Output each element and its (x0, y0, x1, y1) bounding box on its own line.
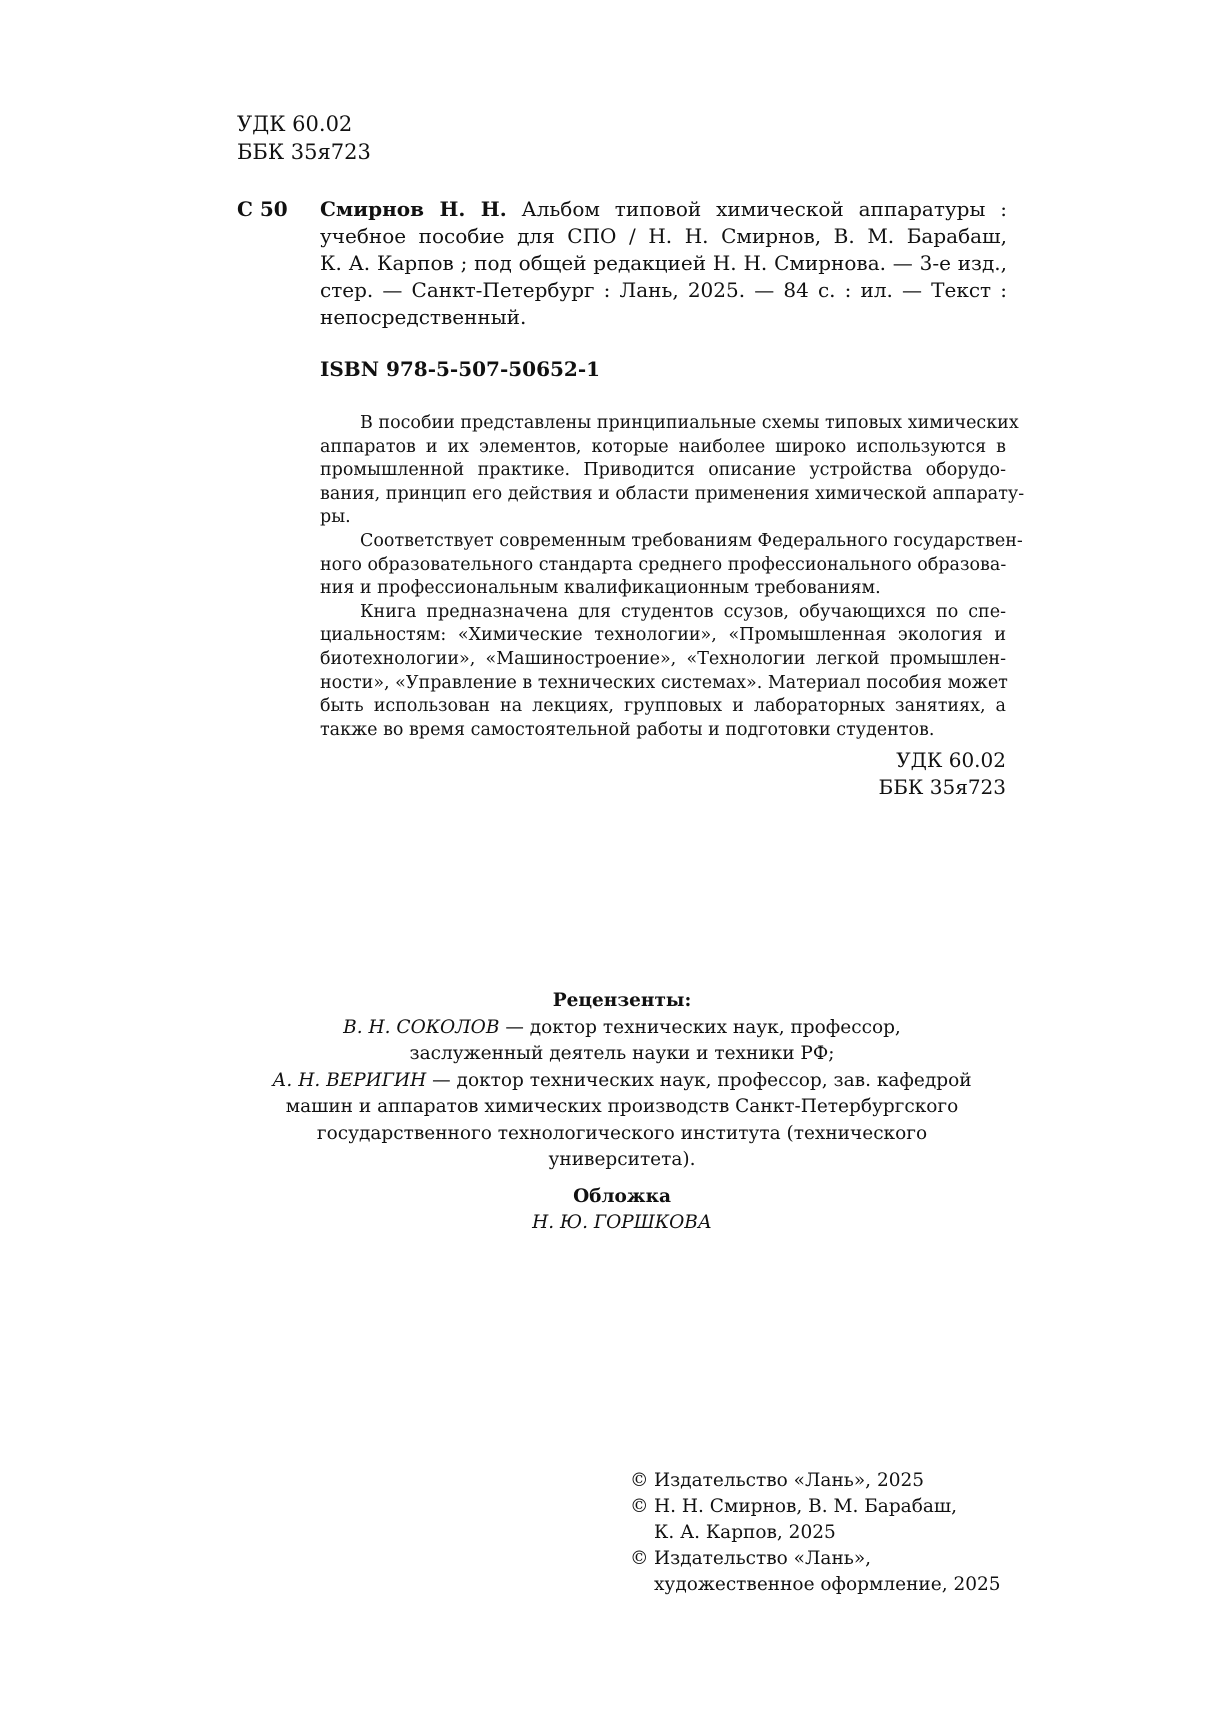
abstract-line: В пособии представлены принципиальные сх… (320, 412, 1006, 436)
abstract-line: ния и профессиональным квалификационным … (320, 577, 1006, 601)
abstract-line: аппаратов и их элементов, которые наибол… (320, 436, 1006, 460)
reviewer-2-detail: машин и аппаратов химических производств… (237, 1094, 1007, 1121)
abstract-line: вания, принцип его действия и области пр… (320, 483, 1006, 507)
biblio-line-1: Смирнов Н. Н. Альбом типовой химической … (320, 196, 1007, 223)
cover-credit: Обложка Н. Ю. ГОРШКОВА (237, 1184, 1007, 1236)
author-mark: С 50 (237, 196, 288, 223)
reviewer-2: А. Н. ВЕРИГИН — доктор технических наук,… (237, 1068, 1007, 1095)
abstract-line: ности», «Управление в технических систем… (320, 672, 1006, 696)
bbk-code: ББК 35я723 (700, 774, 1006, 801)
copyright-icon: © (630, 1546, 654, 1572)
copyright-icon: © (630, 1494, 654, 1520)
copyright-line-3: ©Издательство «Лань», (630, 1546, 1001, 1572)
biblio-line-4: стер. — Санкт-Петербург : Лань, 2025. — … (320, 277, 1007, 304)
abstract-line: ного образовательного стандарта среднего… (320, 554, 1006, 578)
copyright-line-3-cont: художественное оформление, 2025 (630, 1572, 1001, 1598)
reviewer-2-detail: государственного технологического инстит… (237, 1121, 1007, 1148)
biblio-line-2: учебное пособие для СПО / Н. Н. Смирнов,… (320, 223, 1007, 250)
abstract-line: биотехнологии», «Машиностроение», «Техно… (320, 648, 1006, 672)
abstract-line: Книга предназначена для студентов ссузов… (320, 601, 1006, 625)
bbk-code: ББК 35я723 (237, 138, 371, 166)
bibliographic-description: Смирнов Н. Н. Альбом типовой химической … (320, 196, 1007, 331)
copyright-line-1: ©Издательство «Лань», 2025 (630, 1468, 1001, 1494)
bibliographic-record: С 50 Смирнов Н. Н. Альбом типовой химиче… (237, 196, 1007, 331)
author-name: Смирнов Н. Н. (320, 197, 507, 221)
biblio-line-3: К. А. Карпов ; под общей редакцией Н. Н.… (320, 250, 1007, 277)
abstract-line: Соответствует современным требованиям Фе… (320, 530, 1006, 554)
abstract-line: промышленной практике. Приводится описан… (320, 459, 1006, 483)
reviewers-heading: Рецензенты: (237, 988, 1007, 1015)
cover-heading: Обложка (237, 1184, 1007, 1210)
isbn: ISBN 978-5-507-50652-1 (320, 357, 600, 381)
abstract-line: также во время самостоятельной работы и … (320, 719, 1006, 743)
copyright-icon: © (630, 1468, 654, 1494)
reviewer-1: В. Н. СОКОЛОВ — доктор технических наук,… (237, 1015, 1007, 1042)
reviewers-block: Рецензенты: В. Н. СОКОЛОВ — доктор техни… (237, 988, 1007, 1174)
copyright-line-2-cont: К. А. Карпов, 2025 (630, 1520, 1001, 1546)
classification-codes-right: УДК 60.02 ББК 35я723 (700, 747, 1006, 801)
reviewer-2-detail: университета). (237, 1147, 1007, 1174)
classification-codes-top: УДК 60.02 ББК 35я723 (237, 110, 371, 166)
reviewer-1-name: В. Н. СОКОЛОВ (343, 1017, 499, 1038)
abstract-line: быть использован на лекциях, групповых и… (320, 695, 1006, 719)
abstract-line: циальностям: «Химические технологии», «П… (320, 624, 1006, 648)
udk-code: УДК 60.02 (700, 747, 1006, 774)
reviewer-2-name: А. Н. ВЕРИГИН (272, 1070, 426, 1091)
abstract: В пособии представлены принципиальные сх… (320, 412, 1006, 742)
copyright-line-2: ©Н. Н. Смирнов, В. М. Барабаш, (630, 1494, 1001, 1520)
biblio-line-5: непосредственный. (320, 304, 1007, 331)
abstract-line: ры. (320, 506, 1006, 530)
udk-code: УДК 60.02 (237, 110, 371, 138)
copyright-block: ©Издательство «Лань», 2025 ©Н. Н. Смирно… (630, 1468, 1001, 1598)
cover-designer-name: Н. Ю. ГОРШКОВА (237, 1210, 1007, 1236)
reviewer-1-detail: заслуженный деятель науки и техники РФ; (237, 1041, 1007, 1068)
